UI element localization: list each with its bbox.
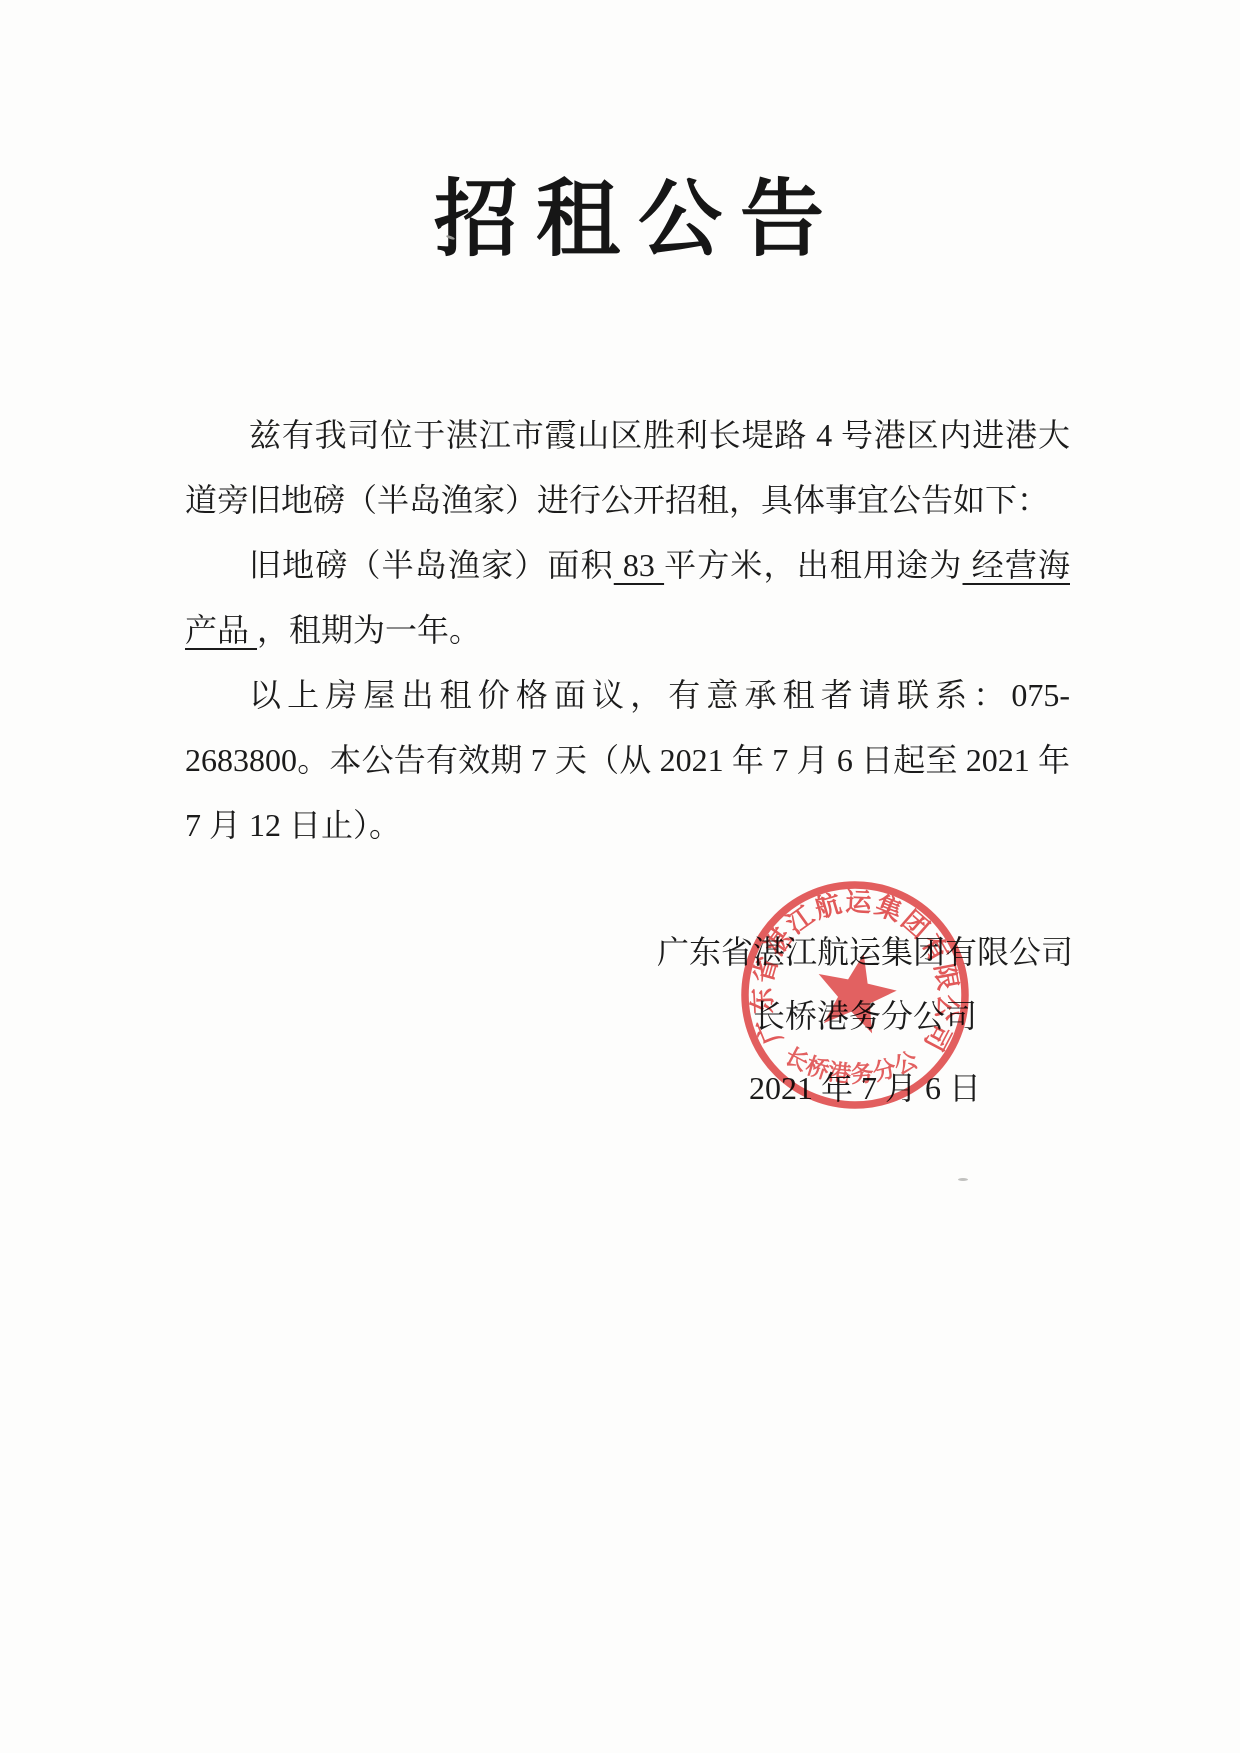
property-text-2: 平方米，出租用途为 xyxy=(664,547,962,583)
paragraph-property: 旧地磅（半岛渔家）面积 83 平方米，出租用途为 经营海产品 ，租期为一年。 xyxy=(185,533,1070,663)
document-body: 兹有我司位于湛江市霞山区胜利长堤路 4 号港区内进港大道旁旧地磅（半岛渔家）进行… xyxy=(185,403,1070,858)
svg-text:长桥港务分公司: 长桥港务分公司 xyxy=(720,860,922,1087)
paragraph-intro: 兹有我司位于湛江市霞山区胜利长堤路 4 号港区内进港大道旁旧地磅（半岛渔家）进行… xyxy=(185,403,1070,533)
contact-text-1: 以上房屋出租价格面议，有意承租者请联系： xyxy=(249,677,1011,713)
contact-text-2: 。本公告有效期 7 天（从 2021 年 7 月 6 日起至 2021 年 7 … xyxy=(185,742,1070,843)
scanned-document-page: 招租公告 兹有我司位于湛江市霞山区胜利长堤路 4 号港区内进港大道旁旧地磅（半岛… xyxy=(0,0,1240,1753)
seal-bottom-text: 长桥港务分公司 xyxy=(720,860,922,1087)
area-value-underlined: 83 xyxy=(614,547,664,583)
signature-branch: 长桥港务分公司 xyxy=(645,996,1085,1036)
page-title: 招租公告 xyxy=(0,152,1240,273)
scan-speck xyxy=(958,1178,968,1181)
property-text-3: ，租期为一年。 xyxy=(257,612,481,648)
property-text-1: 旧地磅（半岛渔家）面积 xyxy=(249,547,614,583)
signature-company: 广东省湛江航运集团有限公司 xyxy=(645,932,1085,972)
paragraph-intro-text: 兹有我司位于湛江市霞山区胜利长堤路 4 号港区内进港大道旁旧地磅（半岛渔家）进行… xyxy=(185,417,1070,518)
paragraph-contact: 以上房屋出租价格面议，有意承租者请联系：075-2683800。本公告有效期 7… xyxy=(185,663,1070,858)
signature-date: 2021 年 7 月 6 日 xyxy=(645,1068,1085,1108)
